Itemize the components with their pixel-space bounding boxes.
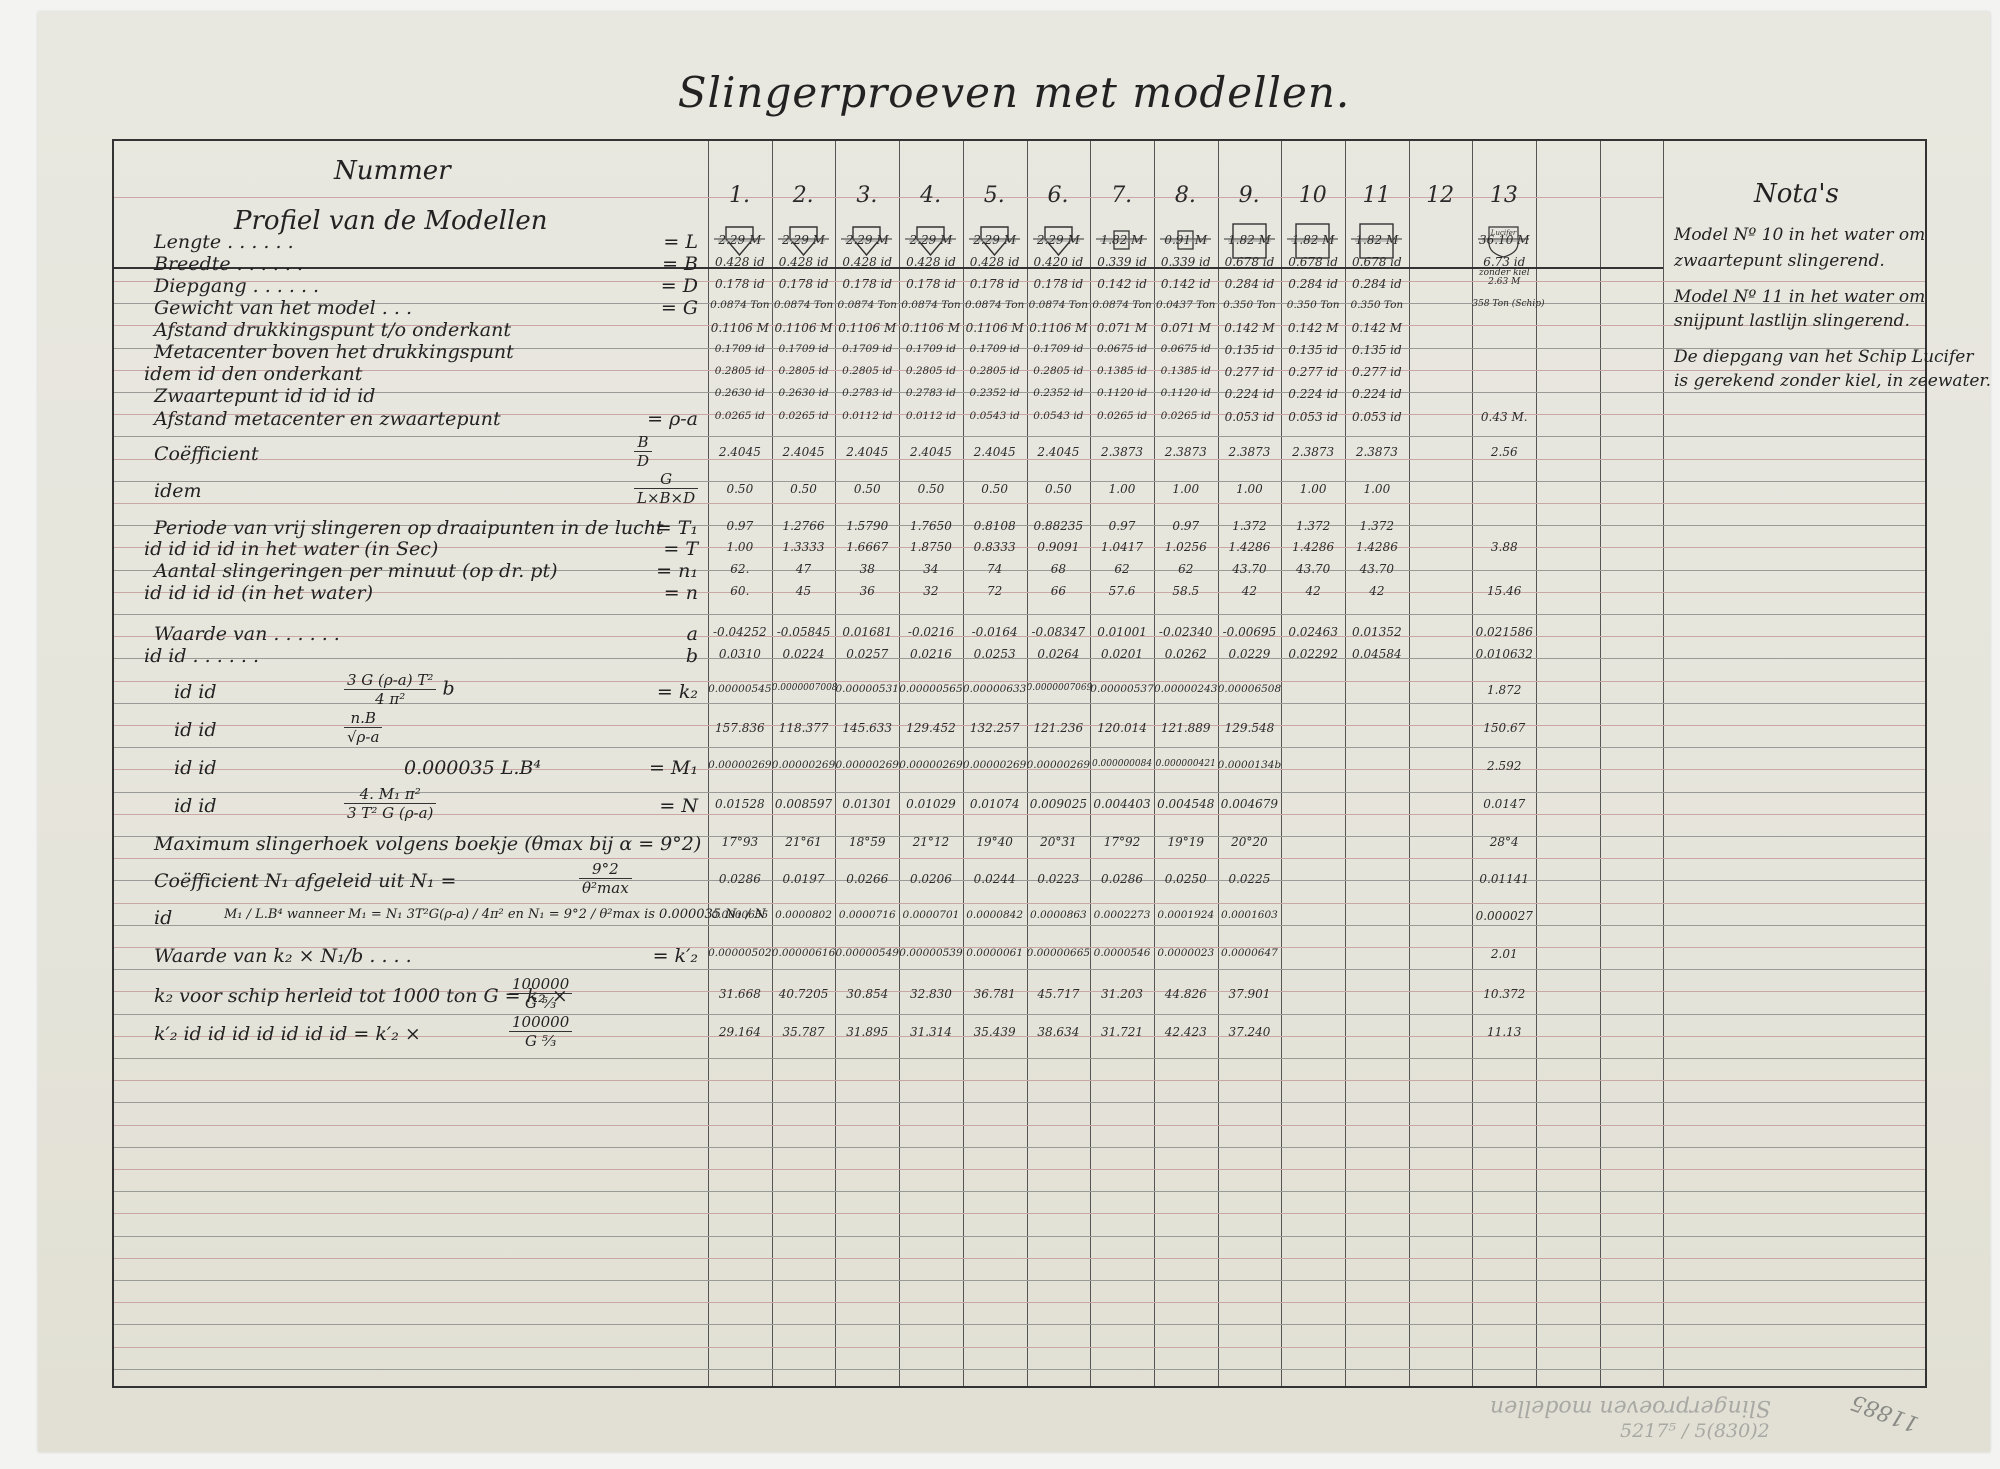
table-cell: 0.1106 M bbox=[708, 321, 772, 335]
table-cell: 0.04584 bbox=[1345, 647, 1409, 661]
table-cell: 0.50 bbox=[899, 482, 963, 496]
note-line: snijpunt lastlijn slingerend. bbox=[1674, 311, 1910, 331]
table-cell: 0.135 id bbox=[1281, 343, 1345, 357]
ruled-line bbox=[114, 747, 1925, 748]
table-cell: 0.178 id bbox=[963, 277, 1027, 291]
table-cell: 0.0206 bbox=[899, 872, 963, 886]
note-line: Model Nº 10 in het water om bbox=[1674, 225, 1925, 245]
table-cell: 2.4045 bbox=[899, 445, 963, 459]
table-cell: 1.00 bbox=[1090, 482, 1154, 496]
table-cell: 0.1106 M bbox=[772, 321, 836, 335]
table-cell: 0.0250 bbox=[1154, 872, 1218, 886]
table-cell: 0.0000007008 bbox=[772, 683, 836, 693]
ruled-line bbox=[114, 1213, 1925, 1214]
table-cell: 1.4286 bbox=[1345, 540, 1409, 554]
table-cell: 0.0286 bbox=[1090, 872, 1154, 886]
table-cell: 1.372 bbox=[1281, 519, 1345, 533]
table-cell: 0.0265 id bbox=[1154, 410, 1218, 422]
table-cell: 0.0000546 bbox=[1090, 947, 1154, 959]
table-cell: 0.1709 id bbox=[708, 343, 772, 355]
table-cell: 0.0201 bbox=[1090, 647, 1154, 661]
row-symbol: = T bbox=[663, 538, 698, 560]
table-cell: 0.0000134b bbox=[1218, 759, 1282, 771]
table-cell: 2.3873 bbox=[1090, 445, 1154, 459]
table-cell: 20°20 bbox=[1218, 835, 1282, 849]
table-cell: 0.0001924 bbox=[1154, 909, 1218, 921]
table-cell: 37.240 bbox=[1218, 1025, 1282, 1039]
table-cell: 21°61 bbox=[772, 835, 836, 849]
ruled-line bbox=[114, 903, 1925, 904]
table-cell: 0.0112 id bbox=[899, 410, 963, 422]
table-cell: 0.50 bbox=[772, 482, 836, 496]
model-number-9: 9. bbox=[1218, 183, 1281, 208]
row-label: idem id den onderkant bbox=[144, 363, 362, 385]
table-cell: 0.0874 Ton bbox=[1027, 299, 1091, 311]
table-cell: 11.13 bbox=[1472, 1025, 1536, 1039]
hull-profile-none-icon bbox=[1409, 219, 1472, 261]
table-cell: 21°12 bbox=[899, 835, 963, 849]
row-label: Lengte . . . . . . bbox=[154, 231, 294, 253]
table-cell: 0.008597 bbox=[772, 797, 836, 811]
model-number-8: 8. bbox=[1154, 183, 1217, 208]
formula-numerator: 9°2 bbox=[579, 860, 632, 879]
row-symbol: = M₁ bbox=[649, 757, 698, 779]
table-cell: 1.4286 bbox=[1218, 540, 1282, 554]
formula-numerator: 3 G (ρ-a) T² bbox=[344, 671, 436, 690]
note-line: zwaartepunt slingerend. bbox=[1674, 251, 1885, 271]
table-cell: 0.142 M bbox=[1218, 321, 1282, 335]
table-cell: 17°92 bbox=[1090, 835, 1154, 849]
table-cell: 43.70 bbox=[1281, 562, 1345, 576]
row-label: k₂ voor schip herleid tot 1000 ton G = k… bbox=[154, 985, 568, 1007]
table-cell: 118.377 bbox=[772, 721, 836, 735]
table-cell: 0.00000269 bbox=[963, 759, 1027, 771]
table-cell: -0.05845 bbox=[772, 625, 836, 639]
table-cell: 0.00000539 bbox=[899, 947, 963, 959]
table-cell: 31.203 bbox=[1090, 987, 1154, 1001]
table-cell: 36.10 M bbox=[1472, 233, 1536, 247]
table-cell: 0.178 id bbox=[708, 277, 772, 291]
ruled-line bbox=[114, 1102, 1925, 1103]
table-cell: 0.01001 bbox=[1090, 625, 1154, 639]
row-label: id id bbox=[174, 757, 217, 779]
table-cell: 34 bbox=[899, 562, 963, 576]
ruled-line bbox=[114, 614, 1925, 615]
table-cell: 0.350 Ton bbox=[1281, 299, 1345, 311]
table-cell: 0.135 id bbox=[1345, 343, 1409, 357]
row-label: Zwaartepunt id id id id bbox=[154, 385, 375, 407]
table-cell: 2.592 bbox=[1472, 759, 1536, 773]
table-cell: 0.00000665 bbox=[1027, 947, 1091, 959]
formula-numerator: n.B bbox=[344, 709, 382, 728]
table-cell: 0.0002273 bbox=[1090, 909, 1154, 921]
table-cell: 0.00000545 bbox=[708, 683, 772, 695]
model-number-3: 3. bbox=[835, 183, 898, 208]
table-cell: 20°31 bbox=[1027, 835, 1091, 849]
row-formula: 100000G ⁵⁄₃ bbox=[509, 1013, 572, 1050]
ruled-line bbox=[114, 1369, 1925, 1370]
table-cell: 0.1120 id bbox=[1154, 387, 1218, 399]
table-cell: 0.97 bbox=[1154, 519, 1218, 533]
row-symbol: = D bbox=[661, 275, 698, 297]
table-cell: 28°4 bbox=[1472, 835, 1536, 849]
table-cell: 121.889 bbox=[1154, 721, 1218, 735]
table-cell: 0.0000802 bbox=[772, 909, 836, 921]
table-cell: 0.00000502 bbox=[708, 947, 772, 959]
table-cell: 35.439 bbox=[963, 1025, 1027, 1039]
table-cell: 0.00000269 bbox=[1027, 759, 1091, 771]
row-label: k′₂ id id id id id id id = k′₂ × bbox=[154, 1023, 421, 1045]
table-cell: 0.277 id bbox=[1281, 365, 1345, 379]
table-cell: 121.236 bbox=[1027, 721, 1091, 735]
row-label: Diepgang . . . . . . bbox=[154, 275, 319, 297]
ruled-line bbox=[114, 1147, 1925, 1148]
table-cell: 15.46 bbox=[1472, 584, 1536, 598]
table-cell: 0.071 M bbox=[1090, 321, 1154, 335]
table-cell: 31.721 bbox=[1090, 1025, 1154, 1039]
table-cell: 0.350 Ton bbox=[1345, 299, 1409, 311]
row-label: Maximum slingerhoek volgens boekje (θmax… bbox=[154, 833, 701, 855]
table-cell: 0.9091 bbox=[1027, 540, 1091, 554]
table-cell: 0.2630 id bbox=[708, 387, 772, 399]
table-cell: 0.678 id bbox=[1345, 255, 1409, 269]
table-cell: 31.668 bbox=[708, 987, 772, 1001]
table-cell: 0.1106 M bbox=[963, 321, 1027, 335]
table-cell: 0.428 id bbox=[772, 255, 836, 269]
row-symbol: = ρ-a bbox=[647, 408, 698, 430]
table-cell: 1.372 bbox=[1218, 519, 1282, 533]
row-symbol: = k′₂ bbox=[653, 945, 698, 967]
table-cell: 0.43 M. bbox=[1472, 410, 1536, 424]
table-cell: 0.0000007069 bbox=[1027, 683, 1091, 693]
table-cell: 0.0437 Ton bbox=[1154, 299, 1218, 311]
table-cell: 0.428 id bbox=[899, 255, 963, 269]
table-cell: 0.178 id bbox=[772, 277, 836, 291]
table-cell: 0.01352 bbox=[1345, 625, 1409, 639]
table-cell: 0.0874 Ton bbox=[772, 299, 836, 311]
table-cell: 72 bbox=[963, 584, 1027, 598]
catalog-number: 5217⁵ / 5(830)2 bbox=[1620, 1420, 1770, 1442]
table-cell: 150.67 bbox=[1472, 721, 1536, 735]
table-cell: 0.00000616 bbox=[772, 947, 836, 959]
table-cell: -0.0164 bbox=[963, 625, 1027, 639]
table-cell: 0.00006508 bbox=[1218, 683, 1282, 695]
row-formula: 3 G (ρ-a) T²4 π² b bbox=[344, 671, 455, 708]
row-label: Aantal slingeringen per minuut (op dr. p… bbox=[154, 560, 558, 582]
table-cell: 36 bbox=[835, 584, 899, 598]
table-cell: 0.0001603 bbox=[1218, 909, 1282, 921]
row-label: id id bbox=[174, 681, 217, 703]
table-cell: 0.0000061 bbox=[963, 947, 1027, 959]
column-divider bbox=[1600, 141, 1601, 1386]
table-cell: 2.01 bbox=[1472, 947, 1536, 961]
row-symbol: = B bbox=[662, 253, 698, 275]
table-cell: 0.00000269 bbox=[835, 759, 899, 771]
table-cell: 42 bbox=[1218, 584, 1282, 598]
formula-denominator: G ⁵⁄₃ bbox=[509, 1032, 572, 1050]
row-formula: 9°2θ²max bbox=[579, 860, 632, 897]
row-label: Waarde van . . . . . . bbox=[154, 623, 340, 645]
table-cell: 1.00 bbox=[1281, 482, 1345, 496]
table-cell: 0.8108 bbox=[963, 519, 1027, 533]
table-cell: 0.50 bbox=[708, 482, 772, 496]
data-table: Nummer Profiel van de Modellen Nota's 1.… bbox=[112, 139, 1927, 1388]
table-cell: 2.29 M bbox=[835, 233, 899, 247]
row-label: Periode van vrij slingeren op draaipunte… bbox=[154, 517, 664, 539]
table-cell: 35.787 bbox=[772, 1025, 836, 1039]
row-symbol: = n₁ bbox=[656, 560, 698, 582]
column-divider bbox=[1536, 141, 1537, 1386]
table-cell: 2.4045 bbox=[963, 445, 1027, 459]
table-cell: 0.0262 bbox=[1154, 647, 1218, 661]
table-cell: 30.854 bbox=[835, 987, 899, 1001]
formula-denominator: √ρ-a bbox=[344, 728, 382, 746]
table-cell: 0.91 M bbox=[1154, 233, 1218, 247]
table-cell: 3.88 bbox=[1472, 540, 1536, 554]
row-label: id bbox=[154, 907, 172, 929]
table-cell: 2.29 M bbox=[963, 233, 1027, 247]
table-cell: 0.00000549 bbox=[835, 947, 899, 959]
row-label: Coëfficient bbox=[154, 443, 259, 465]
table-cell: 0.00000269 bbox=[772, 759, 836, 771]
table-cell: 0.00000565 bbox=[899, 683, 963, 695]
table-cell: zonder kiel 2.63 M bbox=[1472, 269, 1536, 287]
model-number-4: 4. bbox=[899, 183, 962, 208]
table-cell: 0.0223 bbox=[1027, 872, 1091, 886]
table-cell: 2.4045 bbox=[835, 445, 899, 459]
table-cell: 0.284 id bbox=[1218, 277, 1282, 291]
table-cell: 0.224 id bbox=[1281, 387, 1345, 401]
ruled-line bbox=[114, 436, 1925, 437]
table-cell: 145.633 bbox=[835, 721, 899, 735]
table-cell: 0.0000655 bbox=[708, 909, 772, 921]
model-number-6: 6. bbox=[1027, 183, 1090, 208]
table-cell: 62 bbox=[1154, 562, 1218, 576]
row-formula: n.B√ρ-a bbox=[344, 709, 382, 746]
ruled-line bbox=[114, 1058, 1925, 1059]
table-cell: 0.004548 bbox=[1154, 797, 1218, 811]
column-divider bbox=[1409, 141, 1410, 1386]
pencil-annotation: Slingerproeven modellen bbox=[1490, 1395, 1771, 1420]
ruled-line bbox=[114, 1280, 1925, 1281]
table-cell: 1.00 bbox=[1218, 482, 1282, 496]
table-cell: 44.826 bbox=[1154, 987, 1218, 1001]
table-cell: 0.0874 Ton bbox=[835, 299, 899, 311]
model-number-1: 1. bbox=[708, 183, 771, 208]
table-cell: 0.00000243 bbox=[1154, 683, 1218, 695]
table-cell: 129.548 bbox=[1218, 721, 1282, 735]
table-cell: 1.872 bbox=[1472, 683, 1536, 697]
table-cell: 0.0675 id bbox=[1154, 343, 1218, 355]
table-cell: 42 bbox=[1345, 584, 1409, 598]
table-cell: 0.178 id bbox=[835, 277, 899, 291]
ruled-line bbox=[114, 925, 1925, 926]
table-cell: 32 bbox=[899, 584, 963, 598]
table-cell: 0.0244 bbox=[963, 872, 1027, 886]
table-cell: 0.2805 id bbox=[963, 365, 1027, 377]
table-cell: 1.0417 bbox=[1090, 540, 1154, 554]
table-cell: 0.053 id bbox=[1345, 410, 1409, 424]
table-cell: 0.0286 bbox=[708, 872, 772, 886]
table-cell: 0.00000269 bbox=[708, 759, 772, 771]
model-number-11: 11 bbox=[1345, 183, 1408, 208]
table-cell: 120.014 bbox=[1090, 721, 1154, 735]
table-cell: 32.830 bbox=[899, 987, 963, 1001]
table-cell: 42 bbox=[1281, 584, 1345, 598]
ruled-line bbox=[114, 1014, 1925, 1015]
model-number-13: 13 bbox=[1472, 183, 1535, 208]
table-cell: -0.00695 bbox=[1218, 625, 1282, 639]
row-label: id id id id (in het water) bbox=[144, 582, 373, 604]
table-cell: 0.50 bbox=[963, 482, 1027, 496]
table-cell: -0.0216 bbox=[899, 625, 963, 639]
row-formula: 0.000035 L.B⁴ bbox=[404, 757, 541, 779]
table-cell: 0.350 Ton bbox=[1218, 299, 1282, 311]
table-cell: 10.372 bbox=[1472, 987, 1536, 1001]
notes-label: Nota's bbox=[1754, 179, 1839, 209]
table-cell: -0.08347 bbox=[1027, 625, 1091, 639]
ruled-line bbox=[114, 1324, 1925, 1325]
table-cell: 0.009025 bbox=[1027, 797, 1091, 811]
table-cell: 0.02292 bbox=[1281, 647, 1345, 661]
table-cell: 1.5790 bbox=[835, 519, 899, 533]
table-cell: 2.29 M bbox=[708, 233, 772, 247]
symbol-numerator: G bbox=[634, 470, 698, 489]
table-cell: 0.678 id bbox=[1218, 255, 1282, 269]
row-label: Metacenter boven het drukkingspunt bbox=[154, 341, 514, 363]
table-cell: 0.142 id bbox=[1154, 277, 1218, 291]
table-cell: 0.0874 Ton bbox=[1090, 299, 1154, 311]
table-cell: 2.29 M bbox=[1027, 233, 1091, 247]
table-cell: 0.0147 bbox=[1472, 797, 1536, 811]
table-cell: 0.420 id bbox=[1027, 255, 1091, 269]
row-symbol: = G bbox=[661, 297, 698, 319]
table-cell: 19°40 bbox=[963, 835, 1027, 849]
row-formula: M₁ / L.B⁴ wanneer M₁ = N₁ 3T²G(ρ-a) / 4π… bbox=[224, 907, 766, 922]
row-label: Gewicht van het model . . . bbox=[154, 297, 412, 319]
table-cell: 2.3873 bbox=[1218, 445, 1282, 459]
table-cell: 0.0874 Ton bbox=[899, 299, 963, 311]
table-cell: 0.0000701 bbox=[899, 909, 963, 921]
formula-numerator: 4. M₁ π² bbox=[344, 785, 436, 804]
table-cell: 0.2805 id bbox=[835, 365, 899, 377]
table-cell: 0.010632 bbox=[1472, 647, 1536, 661]
table-cell: 0.071 M bbox=[1154, 321, 1218, 335]
table-cell: 0.01141 bbox=[1472, 872, 1536, 886]
table-cell: 0.0266 bbox=[835, 872, 899, 886]
table-cell: 1.2766 bbox=[772, 519, 836, 533]
table-cell: 2.56 bbox=[1472, 445, 1536, 459]
table-cell: 1.82 M bbox=[1090, 233, 1154, 247]
table-cell: 17°93 bbox=[708, 835, 772, 849]
table-cell: 0.0264 bbox=[1027, 647, 1091, 661]
table-cell: 0.2805 id bbox=[899, 365, 963, 377]
table-cell: 1.00 bbox=[708, 540, 772, 554]
model-number-2: 2. bbox=[772, 183, 835, 208]
table-cell: 0.142 id bbox=[1090, 277, 1154, 291]
table-cell: 0.339 id bbox=[1154, 255, 1218, 269]
ruled-line bbox=[114, 858, 1925, 859]
table-cell: 31.314 bbox=[899, 1025, 963, 1039]
table-cell: 0.0265 id bbox=[708, 410, 772, 422]
ruled-line bbox=[114, 1347, 1925, 1348]
table-cell: 0.135 id bbox=[1218, 343, 1282, 357]
table-cell: 37.901 bbox=[1218, 987, 1282, 1001]
table-cell: 0.0675 id bbox=[1090, 343, 1154, 355]
table-cell: 2.4045 bbox=[772, 445, 836, 459]
table-cell: 0.0543 id bbox=[963, 410, 1027, 422]
table-cell: 1.6667 bbox=[835, 540, 899, 554]
table-cell: 0.01301 bbox=[835, 797, 899, 811]
row-label: id id bbox=[174, 719, 217, 741]
table-cell: 0.0216 bbox=[899, 647, 963, 661]
row-label: idem bbox=[154, 480, 202, 502]
nummer-label: Nummer bbox=[334, 156, 451, 186]
table-cell: 0.8333 bbox=[963, 540, 1027, 554]
table-cell: 0.1106 M bbox=[899, 321, 963, 335]
table-cell: 0.0229 bbox=[1218, 647, 1282, 661]
row-symbol: = n bbox=[664, 582, 698, 604]
row-symbol: GL×B×D bbox=[634, 470, 698, 507]
table-cell: 0.0000863 bbox=[1027, 909, 1091, 921]
row-formula: 4. M₁ π²3 T² G (ρ-a) bbox=[344, 785, 436, 822]
table-cell: 0.2805 id bbox=[1027, 365, 1091, 377]
table-cell: 0.01074 bbox=[963, 797, 1027, 811]
row-label: id id . . . . . . bbox=[144, 645, 259, 667]
formula-denominator: G ⁵⁄₃ bbox=[509, 994, 572, 1012]
table-cell: 0.0257 bbox=[835, 647, 899, 661]
table-cell: 0.2630 id bbox=[772, 387, 836, 399]
formula-suffix: b bbox=[442, 678, 454, 700]
ruled-line bbox=[114, 1236, 1925, 1237]
table-cell: 0.1385 id bbox=[1090, 365, 1154, 377]
ruled-line bbox=[114, 1080, 1925, 1081]
table-cell: 0.50 bbox=[1027, 482, 1091, 496]
table-cell: 60. bbox=[708, 584, 772, 598]
table-cell: 58.5 bbox=[1154, 584, 1218, 598]
table-cell: 2.3873 bbox=[1154, 445, 1218, 459]
table-cell: 1.3333 bbox=[772, 540, 836, 554]
note-line: Model Nº 11 in het water om bbox=[1674, 287, 1925, 307]
table-cell: 29.164 bbox=[708, 1025, 772, 1039]
row-label: Breedte . . . . . . bbox=[154, 253, 303, 275]
formula-denominator: 3 T² G (ρ-a) bbox=[344, 804, 436, 822]
table-cell: 62 bbox=[1090, 562, 1154, 576]
table-cell: 6.73 id bbox=[1472, 255, 1536, 269]
table-cell: -0.02340 bbox=[1154, 625, 1218, 639]
table-cell: 0.01681 bbox=[835, 625, 899, 639]
row-label: Coëfficient N₁ afgeleid uit N₁ = bbox=[154, 870, 456, 892]
table-cell: 1.00 bbox=[1154, 482, 1218, 496]
table-cell: 0.97 bbox=[708, 519, 772, 533]
table-cell: 0.0000716 bbox=[835, 909, 899, 921]
table-cell: 0.0225 bbox=[1218, 872, 1282, 886]
table-cell: 0.1709 id bbox=[899, 343, 963, 355]
formula-numerator: 100000 bbox=[509, 1013, 572, 1032]
table-cell: 0.1709 id bbox=[835, 343, 899, 355]
table-cell: 43.70 bbox=[1345, 562, 1409, 576]
table-cell: 129.452 bbox=[899, 721, 963, 735]
table-cell: 0.2783 id bbox=[835, 387, 899, 399]
page-title: Slingerproeven met modellen. bbox=[38, 68, 1990, 117]
table-cell: 0.004679 bbox=[1218, 797, 1282, 811]
formula-denominator: θ²max bbox=[579, 879, 632, 897]
table-cell: 0.00000531 bbox=[835, 683, 899, 695]
table-cell: 0.0000023 bbox=[1154, 947, 1218, 959]
table-cell: 0.2805 id bbox=[708, 365, 772, 377]
table-cell: 0.00000633 bbox=[963, 683, 1027, 695]
table-cell: 0.88235 bbox=[1027, 519, 1091, 533]
